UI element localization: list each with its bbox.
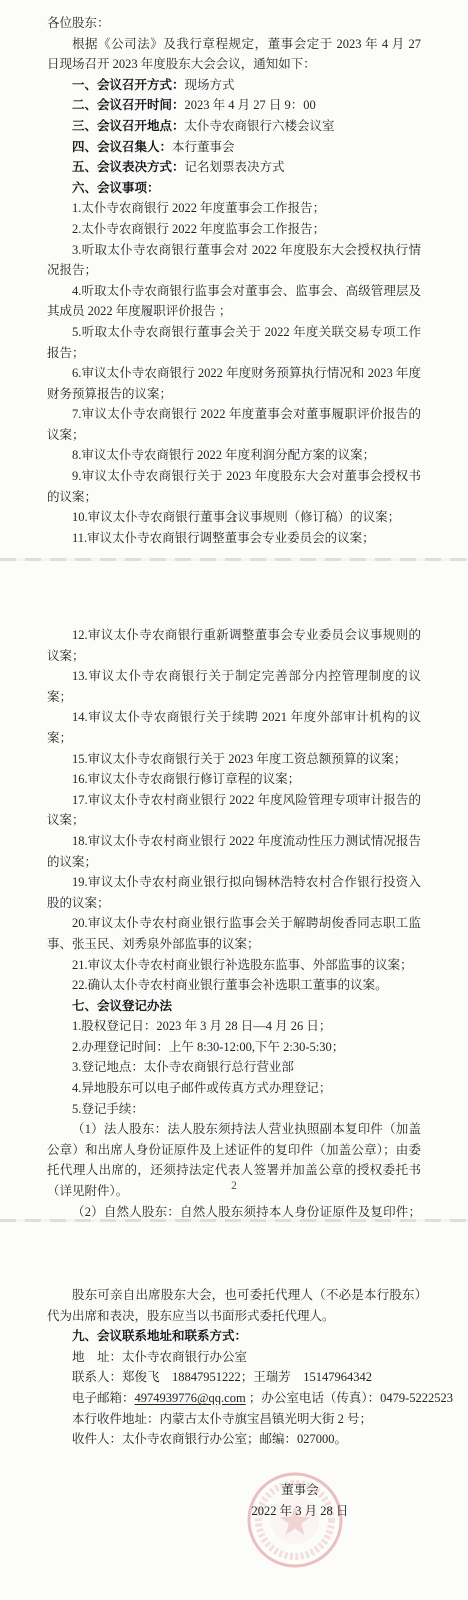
meeting-time-value: 2023 年 4 月 27 日 9：00 — [185, 98, 316, 112]
meeting-method-value: 现场方式 — [185, 78, 235, 92]
agenda-item: 1.太仆寺农商银行 2022 年度董事会工作报告； — [47, 198, 421, 219]
email-label: 电子邮箱： — [72, 1391, 135, 1405]
agenda-section-label: 六、会议事项： — [72, 181, 160, 195]
meeting-place-label: 三、会议召开地点： — [72, 119, 185, 133]
email-link[interactable]: 4974939776@qq.com — [135, 1391, 246, 1405]
signature-signer: 董事会 — [235, 1480, 365, 1501]
voting-method-line: 五、会议表决方式：记名划票表决方式 — [47, 157, 421, 178]
agenda-item: 22.确认太仆寺农村商业银行董事会补选职工董事的议案。 — [47, 975, 421, 996]
salutation: 各位股东： — [47, 13, 421, 34]
convener-label: 四、会议召集人： — [72, 140, 172, 154]
intro-paragraph: 根据《公司法》及我行章程规定，董事会定于 2023 年 4 月 27 日现场召开… — [47, 34, 421, 75]
page-2: 12.审议太仆寺农商银行重新调整董事会专业委员会议事规则的议案； 13.审议太仆… — [0, 561, 468, 1219]
agenda-item: 5.听取太仆寺农商银行董事会关于 2022 年度关联交易专项工作报告； — [47, 322, 421, 363]
agenda-section-heading: 六、会议事项： — [47, 178, 421, 199]
agenda-item: 7.审议太仆寺农商银行 2022 年度董事会对董事履职评价报告的议案； — [47, 404, 421, 445]
agenda-item: 4.听取太仆寺农商银行监事会对董事会、监事会、高级管理层及其成员 2022 年度… — [47, 281, 421, 322]
signature-date: 2022 年 3 月 28 日 — [235, 1501, 365, 1522]
convener-line: 四、会议召集人：本行董事会 — [47, 137, 421, 158]
registration-item: 1.股权登记日：2023 年 3 月 28 日—4 月 26 日； — [47, 1016, 421, 1037]
mailing-address-line: 本行收件地址：内蒙古太仆寺旗宝昌镇光明大街 2 号； — [47, 1409, 421, 1430]
registration-item: 3.登记地点：太仆寺农商银行总行营业部 — [47, 1057, 421, 1078]
recipient-line: 收件人：太仆寺农商银行办公室；邮编：027000。 — [47, 1429, 421, 1450]
meeting-method-label: 一、会议召开方式： — [72, 78, 185, 92]
page-1: 各位股东： 根据《公司法》及我行章程规定，董事会定于 2023 年 4 月 27… — [0, 0, 468, 558]
meeting-place-value: 太仆寺农商银行六楼会议室 — [185, 119, 335, 133]
voting-method-value: 记名划票表决方式 — [185, 160, 285, 174]
contact-section-heading: 九、会议联系地址和联系方式： — [47, 1326, 421, 1347]
registration-item: 2.办理登记时间：上午 8:30-12:00,下午 2:30-5:30； — [47, 1037, 421, 1058]
signature-block: 董事会 2022 年 3 月 28 日 — [235, 1480, 365, 1521]
agenda-item: 18.审议太仆寺农村商业银行 2022 年度流动性压力测试情况报告的议案； — [47, 831, 421, 872]
agenda-item: 20.审议太仆寺农村商业银行监事会关于解聘胡俊香同志职工监事、张玉民、刘秀泉外部… — [47, 913, 421, 954]
agenda-item: 12.审议太仆寺农商银行重新调整董事会专业委员会议事规则的议案； — [47, 625, 421, 666]
agenda-item: 11.审议太仆寺农商银行调整董事会专业委员会的议案； — [47, 528, 421, 549]
contact-address-line: 地 址：太仆寺农商银行办公室 — [47, 1347, 421, 1368]
meeting-method-line: 一、会议召开方式：现场方式 — [47, 75, 421, 96]
meeting-time-label: 二、会议召开时间： — [72, 98, 185, 112]
contact-email-line: 电子邮箱：4974939776@qq.com ；办公室电话（传真）：0479-5… — [47, 1388, 421, 1409]
page-number-1: 1 — [0, 509, 468, 530]
agenda-item: 6.审议太仆寺农商银行 2022 年度财务预算执行情况和 2023 年度财务预算… — [47, 363, 421, 404]
meeting-time-line: 二、会议召开时间：2023 年 4 月 27 日 9：00 — [47, 95, 421, 116]
convener-value: 本行董事会 — [172, 140, 235, 154]
agenda-item: 21.审议太仆寺农村商业银行补选股东监事、外部监事的议案； — [47, 955, 421, 976]
agenda-item: 14.审议太仆寺农商银行关于续聘 2021 年度外部审计机构的议案； — [47, 707, 421, 748]
agenda-item: 13.审议太仆寺农商银行关于制定完善部分内控管理制度的议案； — [47, 666, 421, 707]
page-3: 股东可亲自出席股东大会，也可委托代理人（不必是本行股东）代为出席和表决，股东应当… — [0, 1222, 468, 1600]
voting-method-label: 五、会议表决方式： — [72, 160, 185, 174]
procedure-individual-shareholder: （2）自然人股东：自然人股东须持本人身份证原件及复印件；由委托代理人出席的，还须… — [47, 1202, 421, 1219]
agenda-item: 17.审议太仆寺农村商业银行 2022 年度风险管理专项审计报告的议案； — [47, 790, 421, 831]
registration-item: 5.登记手续： — [47, 1099, 421, 1120]
agenda-item: 19.审议太仆寺农村商业银行拟向锡林浩特农村合作银行投资入股的议案； — [47, 872, 421, 913]
agenda-item: 15.审议太仆寺农商银行关于 2023 年度工资总额预算的议案； — [47, 749, 421, 770]
meeting-place-line: 三、会议召开地点：太仆寺农商银行六楼会议室 — [47, 116, 421, 137]
office-phone: ；办公室电话（传真）：0479-5222523 — [246, 1391, 453, 1405]
contact-persons-line: 联系人：郑俊飞 18847951222；王瑞芳 15147964342 — [47, 1367, 421, 1388]
agenda-item: 8.审议太仆寺农商银行 2022 年度利润分配方案的议案； — [47, 445, 421, 466]
page-number-2: 2 — [0, 1176, 468, 1197]
document-scan: 各位股东： 根据《公司法》及我行章程规定，董事会定于 2023 年 4 月 27… — [0, 0, 468, 1600]
agenda-item: 16.审议太仆寺农商银行修订章程的议案； — [47, 769, 421, 790]
agenda-item: 3.听取太仆寺农商银行董事会对 2022 年度股东大会授权执行情况报告； — [47, 240, 421, 281]
registration-item: 4.异地股东可以电子邮件或传真方式办理登记； — [47, 1078, 421, 1099]
attendance-paragraph: 股东可亲自出席股东大会，也可委托代理人（不必是本行股东）代为出席和表决，股东应当… — [47, 1285, 421, 1326]
agenda-item: 2.太仆寺农商银行 2022 年度监事会工作报告； — [47, 219, 421, 240]
agenda-item: 9.审议太仆寺农商银行关于 2023 年度股东大会对董事会授权书的议案； — [47, 466, 421, 507]
registration-section-heading: 七、会议登记办法 — [47, 996, 421, 1017]
